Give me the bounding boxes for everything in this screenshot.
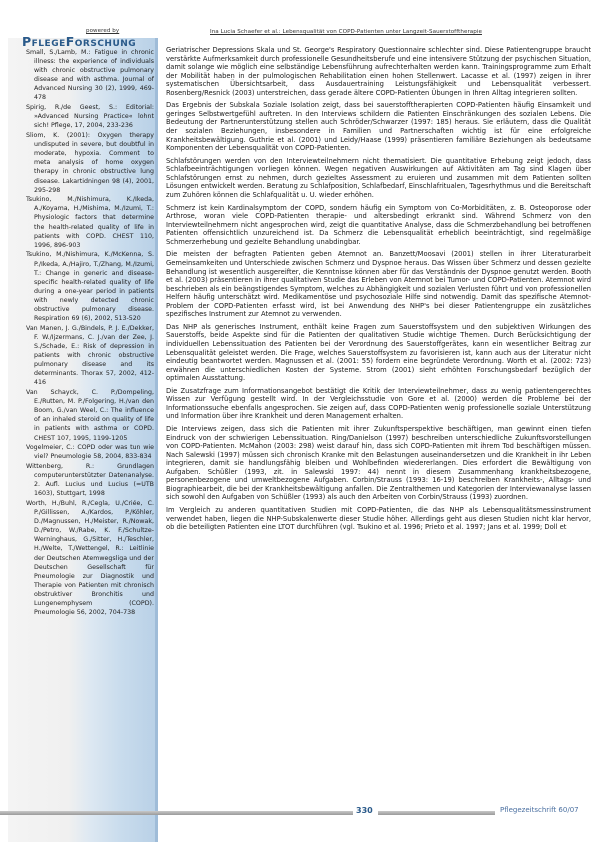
- logo-title: PflegeForschung: [22, 34, 136, 49]
- footer-rule-right: [378, 811, 495, 815]
- reference-item: Worth, H./Buhl, R./Cegla, U./Criée, C. P…: [26, 499, 154, 617]
- journal-logo: powered by PflegeForschung: [22, 30, 162, 50]
- reference-list: Small, S./Lamb, M.: Fatigue in chronic i…: [26, 48, 154, 618]
- reference-item: Wittenberg, R.: Grundlagen computerunter…: [26, 462, 154, 498]
- reference-item: Sliom, K. (2001): Oxygen therapy undispu…: [26, 131, 154, 195]
- body-paragraph: Das Ergebnis der Subskala Soziale Isolat…: [166, 101, 591, 152]
- body-paragraph: Schmerz ist kein Kardinalsymptom der COP…: [166, 204, 591, 247]
- body-paragraph: Schlafstörungen werden von den Interview…: [166, 157, 591, 200]
- reference-item: Small, S./Lamb, M.: Fatigue in chronic i…: [26, 48, 154, 103]
- body-paragraph: Im Vergleich zu anderen quantitativen St…: [166, 506, 591, 532]
- body-paragraph: Geriatrischer Depressions Skala und St. …: [166, 46, 591, 97]
- body-paragraph: Die Zusatzfrage zum Informationsangebot …: [166, 387, 591, 421]
- reference-item: Tsukino, M./Nishimura, K./McKenna, S. P.…: [26, 250, 154, 323]
- reference-item: Van Schayck, C. P./Dompeling, E./Rutten,…: [26, 388, 154, 443]
- journal-name: Pflegezeitschrift 60/07: [500, 806, 579, 814]
- page-number: 330: [353, 806, 376, 815]
- body-text: Geriatrischer Depressions Skala und St. …: [166, 46, 591, 536]
- body-paragraph: Das NHP als generisches Instrument, enth…: [166, 323, 591, 383]
- reference-item: Van Manen, J. G./Bindels, P. J. E./Dekke…: [26, 324, 154, 388]
- reference-item: Tsukino, M./Nishimura, K./Ikeda, A./Koya…: [26, 195, 154, 250]
- reference-item: Vogelmeier, C.: COPD oder was tun wie vi…: [26, 443, 154, 461]
- reference-item: Spirig, R./de Geest, S.: Editorial: »Adv…: [26, 103, 154, 130]
- footer-rule: [0, 811, 355, 815]
- running-head: Ina Lucia Schaefer et al.: Lebensqualitä…: [210, 29, 590, 35]
- body-paragraph: Die meisten der befragten Patienten gebe…: [166, 250, 591, 318]
- body-paragraph: Die Interviews zeigen, dass sich die Pat…: [166, 425, 591, 502]
